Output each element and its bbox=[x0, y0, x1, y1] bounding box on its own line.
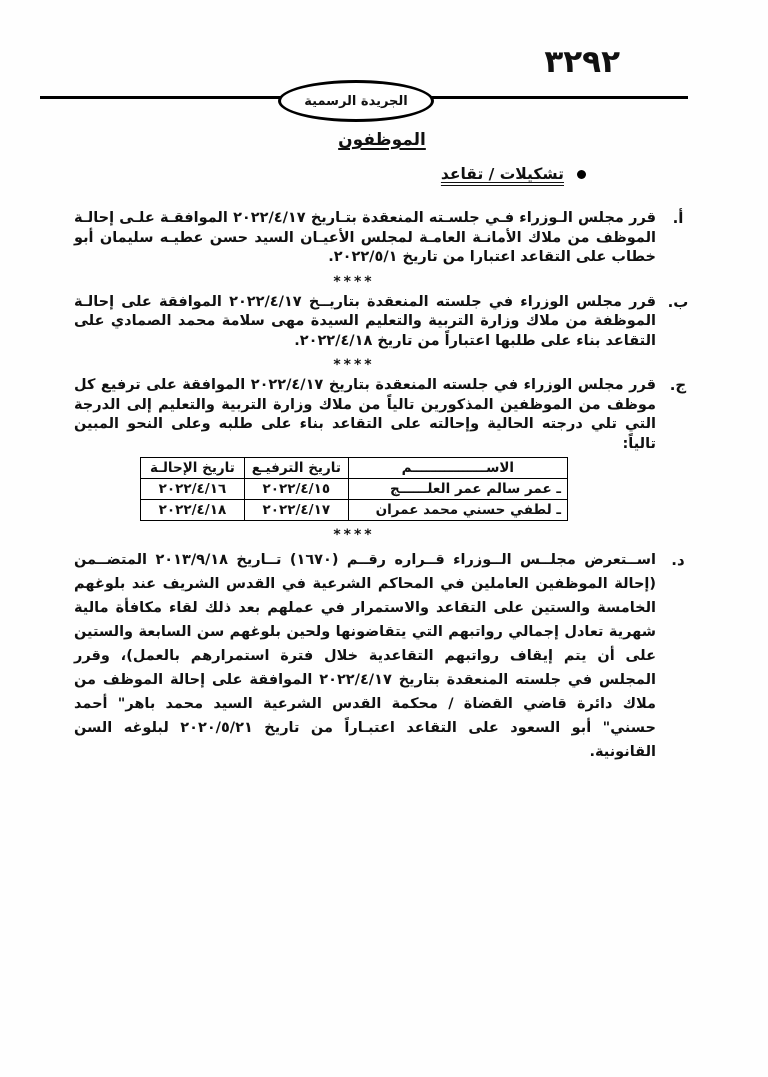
table-header-promotion-date: تاريخ الترفيـع bbox=[244, 458, 348, 479]
item-text-a: قرر مجلس الـوزراء فـي جلسـته المنعقدة بت… bbox=[74, 209, 656, 268]
gazette-name-label: الجريدة الرسمية bbox=[304, 94, 408, 109]
item-marker-a: أ. bbox=[666, 209, 690, 229]
item-marker-c: ج. bbox=[666, 376, 690, 396]
item-text-b: قرر مجلس الوزراء في جلسته المنعقدة بتاري… bbox=[74, 293, 656, 352]
asterisk-separator: **** bbox=[46, 273, 662, 291]
item-text-c: قرر مجلس الوزراء في جلسته المنعقدة بتاري… bbox=[74, 376, 656, 454]
decision-item-c: ج. قرر مجلس الوزراء في جلسته المنعقدة بت… bbox=[74, 376, 690, 454]
decision-item-a: أ. قرر مجلس الـوزراء فـي جلسـته المنعقدة… bbox=[74, 209, 690, 268]
table-cell-referral-date: ٢٠٢٢/٤/١٨ bbox=[141, 500, 245, 521]
table-cell-name: ـ عمر سالم عمر العلــــــج bbox=[348, 479, 567, 500]
item-text-d: اســتعرض مجلــس الــوزراء قــراره رقــم … bbox=[74, 548, 656, 764]
item-marker-b: ب. bbox=[666, 293, 690, 313]
table-cell-promotion-date: ٢٠٢٢/٤/١٥ bbox=[244, 479, 348, 500]
promotions-table: الاســــــــــــــــم تاريخ الترفيـع تار… bbox=[140, 457, 568, 521]
promotions-table-header: الاســــــــــــــــم تاريخ الترفيـع تار… bbox=[141, 458, 568, 479]
table-header-name: الاســــــــــــــــم bbox=[348, 458, 567, 479]
content-column: الموظفون تشكيلات / تقاعد أ. قرر مجلس الـ… bbox=[74, 126, 690, 764]
section-heading: تشكيلات / تقاعد bbox=[74, 165, 690, 183]
item-marker-d: د. bbox=[666, 548, 690, 572]
table-header-referral-date: تاريخ الإحالـة bbox=[141, 458, 245, 479]
page-title-text: الموظفون bbox=[338, 130, 426, 150]
gazette-badge: الجريدة الرسمية bbox=[278, 80, 434, 122]
section-label: تشكيلات / تقاعد bbox=[441, 165, 564, 183]
page-number: ٣٢٩٢ bbox=[544, 44, 620, 80]
table-cell-name: ـ لطفي حسني محمد عمران bbox=[348, 500, 567, 521]
page-title: الموظفون bbox=[74, 130, 690, 150]
table-row: ـ لطفي حسني محمد عمران ٢٠٢٢/٤/١٧ ٢٠٢٢/٤/… bbox=[141, 500, 568, 521]
asterisk-separator: **** bbox=[46, 526, 662, 544]
table-cell-promotion-date: ٢٠٢٢/٤/١٧ bbox=[244, 500, 348, 521]
table-row: ـ عمر سالم عمر العلــــــج ٢٠٢٢/٤/١٥ ٢٠٢… bbox=[141, 479, 568, 500]
bullet-icon bbox=[577, 170, 586, 179]
gazette-page: ٣٢٩٢ الجريدة الرسمية الموظفون تشكيلات / … bbox=[0, 0, 768, 1077]
table-cell-referral-date: ٢٠٢٢/٤/١٦ bbox=[141, 479, 245, 500]
decision-item-d: د. اســتعرض مجلــس الــوزراء قــراره رقـ… bbox=[74, 548, 690, 764]
asterisk-separator: **** bbox=[46, 356, 662, 374]
decision-item-b: ب. قرر مجلس الوزراء في جلسته المنعقدة بت… bbox=[74, 293, 690, 352]
